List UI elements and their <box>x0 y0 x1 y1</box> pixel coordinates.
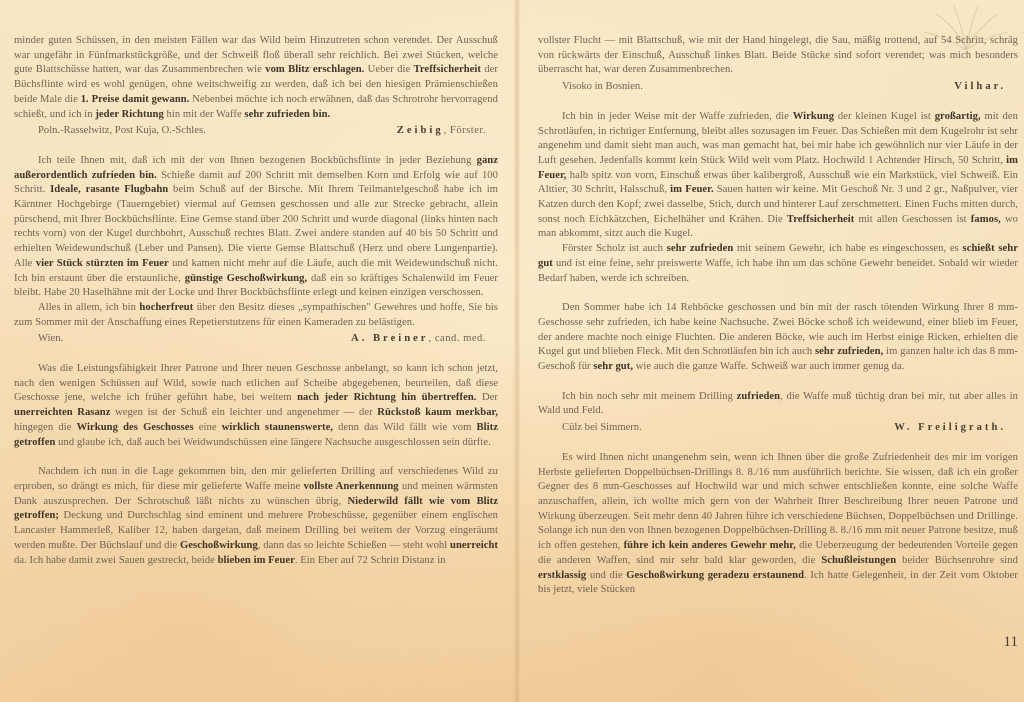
emphasis-text: hocherfreut <box>139 302 193 313</box>
emphasis-text: Wirkung <box>793 111 834 122</box>
body-text: wegen ist der Schuß ein leichter und ang… <box>111 407 378 418</box>
emphasis-text: im Feuer. <box>670 184 713 195</box>
signature-place: Cülz bei Simmern. <box>562 421 642 436</box>
paragraph: Ich bin in jeder Weise mit der Waffe zuf… <box>538 110 1018 242</box>
signature-name: A. Breiner, cand. med. <box>351 332 498 347</box>
body-text: Förster Scholz ist auch <box>562 243 667 254</box>
signature-title: , Förster. <box>444 125 486 136</box>
page-number: 11 <box>1004 634 1018 651</box>
emphasis-text: jeder Richtung <box>95 109 163 120</box>
emphasis-text: vier Stück stürzten im Feuer <box>36 258 169 269</box>
body-text: Alles in allem, ich bin <box>38 302 139 313</box>
emphasis-text: erstklassig <box>538 570 586 581</box>
signature-place: Wien. <box>38 332 63 347</box>
emphasis-text: unerreichten Rasanz <box>14 407 111 418</box>
emphasis-text: großartig, <box>935 111 981 122</box>
body-text: . Ein Eber auf 72 Schritt Distanz in <box>295 555 446 566</box>
body-text: beim Schuß auf der Birsche. Mit Ihrem Te… <box>14 184 498 269</box>
emphasis-text: Wirkung des Geschosses <box>77 422 194 433</box>
paragraph: Es wird Ihnen nicht unangenehm sein, wen… <box>538 451 1018 598</box>
emphasis-text: 1. Preise damit gewann. <box>81 94 190 105</box>
body-text: eine <box>194 422 222 433</box>
body-text: wie auch die ganze Waffe. Schweiß war au… <box>633 361 904 372</box>
emphasis-text: sehr zufrieden, <box>815 346 883 357</box>
emphasis-text: zufrieden <box>737 391 780 402</box>
emphasis-text: vollste Anerkennung <box>304 481 399 492</box>
body-text: der kleinen Kugel ist <box>834 111 935 122</box>
left-page: minder guten Schüssen, in den meisten Fä… <box>14 34 498 568</box>
paragraph: Alles in allem, ich bin hocherfreut über… <box>14 301 498 330</box>
body-text: , dann das so leichte Schießen — steht w… <box>258 540 450 551</box>
body-text: Es wird Ihnen nicht unangenehm sein, wen… <box>538 452 1018 551</box>
emphasis-text: sehr zufrieden bin. <box>244 109 330 120</box>
body-text: Der <box>476 392 498 403</box>
signature-place: Visoko in Bosnien. <box>562 80 643 95</box>
emphasis-text: unerreicht <box>450 540 498 551</box>
paragraph: vollster Flucht — mit Blattschuß, wie mi… <box>538 34 1018 78</box>
body-text: hin mit der Waffe <box>164 109 245 120</box>
right-page: vollster Flucht — mit Blattschuß, wie mi… <box>538 34 1018 598</box>
body-text: mit allen Geschossen ist <box>854 214 970 225</box>
body-text: vollster Flucht — mit Blattschuß, wie mi… <box>538 35 1018 75</box>
emphasis-text: famos, <box>971 214 1001 225</box>
body-text: und glaube ich, daß auch bei Weidwundsch… <box>55 437 490 448</box>
emphasis-text: Treffsicherheit <box>787 214 854 225</box>
paragraph: Ich bin noch sehr mit meinem Drilling zu… <box>538 390 1018 419</box>
emphasis-text: Schußleistungen <box>821 555 896 566</box>
emphasis-text: vom Blitz erschlagen. <box>265 64 364 75</box>
paragraph: Nachdem ich nun in die Lage gekommen bin… <box>14 465 498 568</box>
paragraph: Förster Scholz ist auch sehr zufrieden m… <box>538 242 1018 286</box>
body-text: Ich bin in jeder Weise mit der Waffe zuf… <box>562 111 793 122</box>
body-text: und ist eine feine, sehr preiswerte Waff… <box>538 258 1018 284</box>
emphasis-text: Geschoßwirkung <box>180 540 258 551</box>
body-text: denn das Wild fällt wie vom <box>333 422 477 433</box>
signature-name: Vilhar. <box>954 80 1018 95</box>
body-text: beider Büchsenrohre sind <box>896 555 1018 566</box>
emphasis-text: sehr zufrieden <box>667 243 734 254</box>
signature-place: Poln.-Rasselwitz, Post Kuja, O.-Schles. <box>38 124 206 139</box>
body-text: Ueber die <box>364 64 413 75</box>
emphasis-text: Treffsicherheit <box>414 64 481 75</box>
signature-line: Wien.A. Breiner, cand. med. <box>14 332 498 347</box>
emphasis-text: Ideale, rasante Flugbahn <box>50 184 168 195</box>
body-text: da. Ich habe damit zwei Sauen gestreckt,… <box>14 555 218 566</box>
emphasis-text: Geschoßwirkung geradezu erstaunend <box>626 570 804 581</box>
paragraph: minder guten Schüssen, in den meisten Fä… <box>14 34 498 122</box>
emphasis-text: günstige Geschoßwirkung, <box>185 273 307 284</box>
emphasis-text: blieben im Feuer <box>218 555 295 566</box>
signature-name: W. Freiligrath. <box>894 421 1018 436</box>
body-text: hingegen die <box>14 422 77 433</box>
paragraph: Was die Leistungsfähigkeit Ihrer Patrone… <box>14 362 498 450</box>
signature-line: Cülz bei Simmern.W. Freiligrath. <box>538 421 1018 436</box>
page-gutter <box>513 0 521 702</box>
signature-title: , cand. med. <box>429 333 486 344</box>
signature-line: Poln.-Rasselwitz, Post Kuja, O.-Schles.Z… <box>14 124 498 139</box>
emphasis-text: Rückstoß kaum merkbar, <box>377 407 498 418</box>
emphasis-text: wirklich staunenswerte, <box>222 422 333 433</box>
paragraph: Ich teile Ihnen mit, daß ich mit der von… <box>14 154 498 301</box>
body-text: Ich bin noch sehr mit meinem Drilling <box>562 391 737 402</box>
emphasis-text: nach jeder Richtung hin übertreffen. <box>297 392 476 403</box>
signature-name: Zeibig, Förster. <box>397 124 498 139</box>
signature-line: Visoko in Bosnien.Vilhar. <box>538 80 1018 95</box>
body-text: und die <box>586 570 626 581</box>
body-text: Ich teile Ihnen mit, daß ich mit der von… <box>38 155 477 166</box>
paragraph: Den Sommer habe ich 14 Rehböcke geschoss… <box>538 301 1018 375</box>
emphasis-text: führe ich kein anderes Gewehr mehr, <box>624 540 796 551</box>
body-text: mit seinem Gewehr, ich habe es eingescho… <box>733 243 962 254</box>
emphasis-text: sehr gut, <box>593 361 633 372</box>
book-spread: minder guten Schüssen, in den meisten Fä… <box>0 0 1024 702</box>
